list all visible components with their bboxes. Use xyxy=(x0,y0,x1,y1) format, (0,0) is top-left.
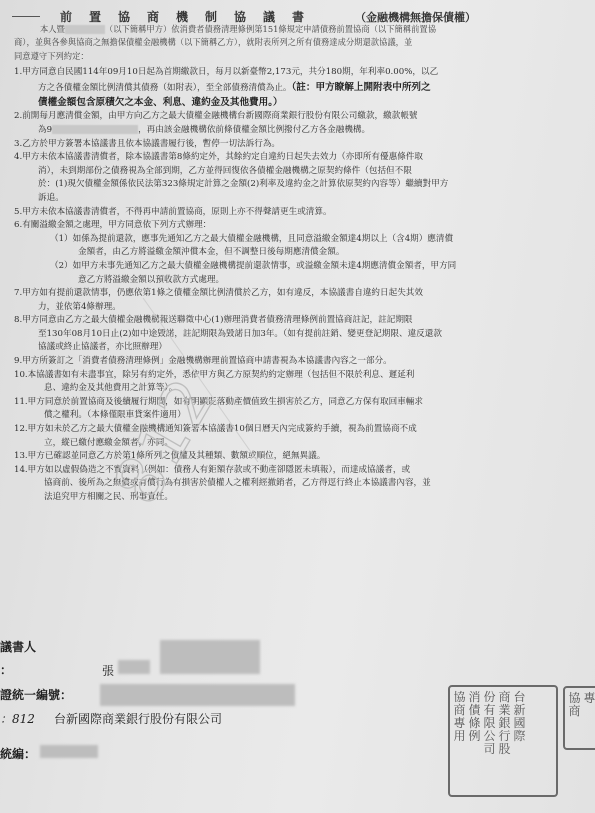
seal-column: 商業銀行股 xyxy=(498,691,511,791)
clause-number: 10. xyxy=(14,370,28,380)
intro-line-3: 同意遵守下列約定： xyxy=(14,50,584,63)
sub-text: 意乙方將溢繳金額以預收款方式處理。 xyxy=(50,274,595,288)
clause-text: 協議或終止協議者，亦比照辦理） xyxy=(26,341,595,355)
seal-column: 專 xyxy=(583,692,595,744)
clause-text: 於：(1)現欠債權金額係依民法第323條規定計算之金額(2)利率及違約金之計算依… xyxy=(26,178,595,192)
clause-number: 13. xyxy=(14,451,28,461)
clause-13: 13.甲方已確認並同意乙方於第1條所列之債權及其種類、數額或順位，絕無異議。 xyxy=(14,450,595,464)
sub-text: 金額者，由乙方將溢繳金額沖償本金，但不調整日後每期應清償金額。 xyxy=(50,246,595,260)
seal-column: 台新國際 xyxy=(513,691,526,791)
clause-text: 息、違約金及其他費用之計算等）。 xyxy=(26,382,595,396)
clause-text: 前開每月應清償金額，由甲方向乙方之最大債權金融機構台新國際商業銀行股份有限公司繳… xyxy=(22,111,417,121)
clause-10: 10.本協議書如有未盡事宜，除另有約定外，悉依甲方與乙方原契約約定辦理（包括但不… xyxy=(14,369,595,396)
clause-3: 3.乙方於甲方簽署本協議書且依本協議書履行後，暫停一切法訴行為。 xyxy=(14,138,595,152)
header-rule xyxy=(12,16,40,17)
tax-id-label: 統編： xyxy=(0,745,36,762)
clause-text: 有關溢繳金額之處理，甲方同意依下列方式辦理： xyxy=(22,220,211,230)
clause-11: 11.甲方同意於前置協商及後續履行期間，如有明顯貶落動產價值致生損害於乙方，同意… xyxy=(14,396,595,423)
clause-number: 3. xyxy=(14,139,22,149)
clause-text: 甲方如以虛假偽造之不實資料（例如：債務人有鉅額存款或不動產卻隱匿未填報），而達成… xyxy=(28,465,410,475)
clause-8: 8.甲方同意由乙方之最大債權金融機構報送聯徵中心(1)辦理消費者債務清理條例前置… xyxy=(14,314,595,355)
clause-text: 甲方同意自民國114年09月10日起為首期繳款日，每月以新臺幣2,173元，共分… xyxy=(22,67,438,77)
clause-4: 4.甲方未依本協議書清償者，除本協議書第8條約定外，其餘約定自違約日起失去效力（… xyxy=(14,151,595,205)
clause-number: 1. xyxy=(14,67,22,77)
clause-number: 7. xyxy=(14,288,22,298)
signatory-heading: 議書人 xyxy=(0,638,36,655)
intro-line-2: 商），並與各參與協商之無擔保債權金融機構（以下簡稱乙方），就附表所列之所有債務達… xyxy=(14,36,584,49)
clause-number: 5. xyxy=(14,207,22,217)
id-number-label: 證統一編號： xyxy=(0,686,72,703)
seal-column: 協商專用 xyxy=(453,691,466,791)
clause-number: 14. xyxy=(14,465,28,475)
clause-1: 1.甲方同意自民國114年09月10日起為首期繳款日，每月以新臺幣2,173元，… xyxy=(14,66,595,110)
clause-6-sub-2: （2）如甲方未事先通知乙方之最大債權金融機構提前還款情事，或溢繳金額未達4期應清… xyxy=(14,260,595,287)
redacted-name xyxy=(118,660,150,674)
clause-number: 2. xyxy=(14,111,22,121)
clause-number: 8. xyxy=(14,315,22,325)
clause-number: 12. xyxy=(14,424,28,434)
clause-9: 9.甲方所簽訂之「消費者債務清理條例」金融機構辦理前置協商申請書視為本協議書內容… xyxy=(14,355,595,369)
seal-column: 協商 xyxy=(568,692,581,744)
redacted-signature xyxy=(160,640,260,674)
clause-text: 訴追。 xyxy=(26,192,595,206)
clause-text: 力，並依第4條辦理。 xyxy=(26,301,595,315)
sub-text: 如甲方未事先通知乙方之最大債權金融機構提前還款情事，或溢繳金額未達4期應清償金額… xyxy=(73,261,457,271)
clause-5: 5.甲方未依本協議書清償者，不得再申請前置協商，原則上亦不得聲請更生或清算。 xyxy=(14,206,595,220)
clause-text: 甲方如有提前還款情事，仍應依第1條之債權金額比例清償於乙方，如有違反，本協議書自… xyxy=(22,288,423,298)
clause-text: 乙方於甲方簽署本協議書且依本協議書履行後，暫停一切法訴行為。 xyxy=(22,139,280,149)
redacted-id-number xyxy=(100,684,295,706)
clause-note: （註：甲方瞭解上開附表中所列之 xyxy=(292,82,431,93)
clause-text: 甲方未依本協議書清償者，除本協議書第8條約定外，其餘約定自違約日起失去效力（亦即… xyxy=(22,152,423,162)
clause-text: 立，縱已繳付應繳金額者，亦同。 xyxy=(26,437,595,451)
clause-text: 消），未到期部份之債務視為全部到期，乙方並得回復依各債權金融機構之原契約條件（包… xyxy=(26,165,595,179)
agreement-document: 前置協商機制協議書 （金融機構無擔保債權） 本人暨（以下簡稱甲方）依消費者債務清… xyxy=(0,0,595,813)
clause-text: 償之權利。（本條僅限車貸案件適用） xyxy=(26,409,595,423)
intro-paragraph: 本人暨（以下簡稱甲方）依消費者債務清理條例第151條規定申請債務前置協商（以下簡… xyxy=(14,23,584,63)
seal-column: 消債條例 xyxy=(468,691,481,791)
clause-2: 2.前開每月應清償金額，由甲方向乙方之最大債權金融機構台新國際商業銀行股份有限公… xyxy=(14,110,595,137)
seal-column: 份有限公司 xyxy=(483,691,496,791)
bank-code: ：812 xyxy=(0,710,35,727)
name-label: ： xyxy=(0,661,12,678)
clause-text: 至130年08月10日止(2)如中途毀諾，註記期限為毀諾日加3年。（如有提前註銷… xyxy=(26,328,595,342)
clause-12: 12.甲方如未於乙方之最大債權金融機構通知簽署本協議書10個日曆天內完成簽約手續… xyxy=(14,423,595,450)
clause-number: 9. xyxy=(14,356,22,366)
name-value: 張 xyxy=(102,662,114,679)
clause-number: 6. xyxy=(14,220,22,230)
clause-text: 法追究甲方相關之民、刑事責任。 xyxy=(26,491,595,505)
redacted-name xyxy=(65,25,105,34)
clause-number: 11. xyxy=(14,397,28,407)
redacted-account xyxy=(52,125,138,134)
account-prefix: 為9 xyxy=(38,125,52,135)
clause-number: 4. xyxy=(14,152,22,162)
clause-text: 甲方未依本協議書清償者，不得再申請前置協商，原則上亦不得聲請更生或清算。 xyxy=(22,207,331,217)
clause-list: 1.甲方同意自民國114年09月10日起為首期繳款日，每月以新臺幣2,173元，… xyxy=(14,66,595,505)
clause-text: ，再由該金融機構依前條債權金額比例撥付乙方各金融機構。 xyxy=(138,125,370,135)
clause-note: 債權金額包含原積欠之本金、利息、違約金及其他費用。） xyxy=(26,95,595,110)
clause-7: 7.甲方如有提前還款情事，仍應依第1條之債權金額比例清償於乙方，如有違反，本協議… xyxy=(14,287,595,314)
clause-14: 14.甲方如以虛假偽造之不實資料（例如：債務人有鉅額存款或不動產卻隱匿未填報），… xyxy=(14,464,595,505)
intro-prefix: 本人暨 xyxy=(40,24,65,34)
clause-6: 6.有關溢繳金額之處理，甲方同意依下列方式辦理： xyxy=(14,219,595,233)
sub-text: 如係為提前還款，應事先通知乙方之最大債權金融機構，且同意溢繳金額達4期以上（含4… xyxy=(73,234,453,244)
intro-line-1: （以下簡稱甲方）依消費者債務清理條例第151條規定申請債務前置協商（以下簡稱前置… xyxy=(105,24,436,34)
sub-number: （2） xyxy=(50,261,73,271)
clause-text: 甲方如未於乙方之最大債權金融機構通知簽署本協議書10個日曆天內完成簽約手續，視為… xyxy=(28,424,417,434)
clause-text: 甲方所簽訂之「消費者債務清理條例」金融機構辦理前置協商申請書視為本協議書內容之一… xyxy=(22,356,392,366)
clause-text: 本協議書如有未盡事宜，除另有約定外，悉依甲方與乙方原契約約定辦理（包括但不限於利… xyxy=(28,370,415,380)
sub-number: （1） xyxy=(50,234,73,244)
bank-seal-stamp: 協商專用 消債條例 份有限公司 商業銀行股 台新國際 xyxy=(448,685,558,797)
bank-name: 台新國際商業銀行股份有限公司 xyxy=(54,710,222,727)
clause-text: 甲方同意由乙方之最大債權金融機構報送聯徵中心(1)辦理消費者債務清理條例前置協商… xyxy=(22,315,412,325)
partial-seal-stamp: 協商 專 xyxy=(563,686,595,750)
clause-6-sub-1: （1）如係為提前還款，應事先通知乙方之最大債權金融機構，且同意溢繳金額達4期以上… xyxy=(14,233,595,260)
redacted-tax-id xyxy=(40,745,98,758)
clause-text: 方之各債權金額比例清償其債務（如附表），至全部債務清償為止。 xyxy=(38,83,292,93)
